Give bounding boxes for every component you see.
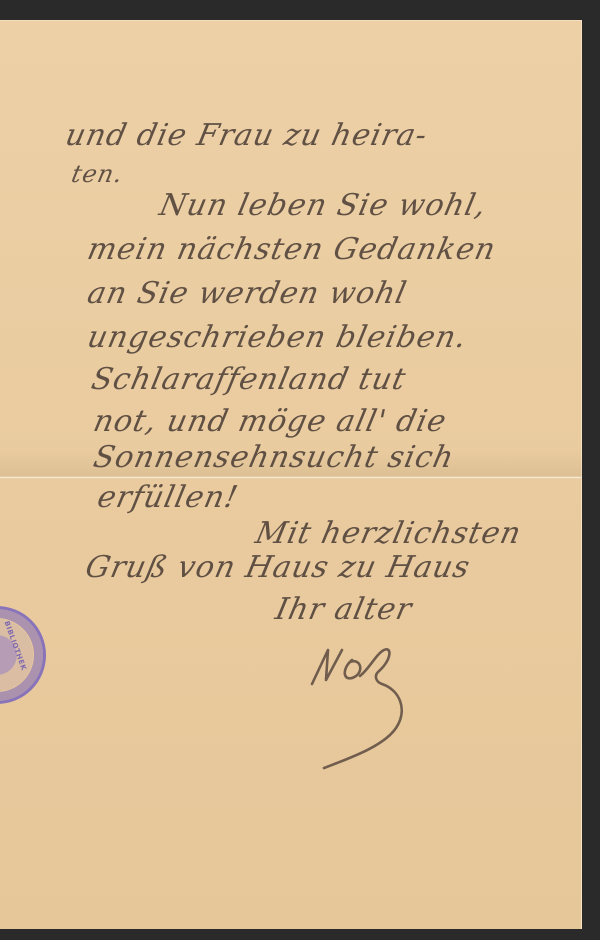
text-line: ungeschrieben bleiben. <box>84 320 470 355</box>
fold-crease <box>0 476 582 479</box>
text-line: Ihr alter <box>272 592 415 627</box>
text-line: erfüllen! <box>94 480 241 515</box>
text-line: Gruß von Haus zu Haus <box>82 550 473 585</box>
text-line: not, und möge all' die <box>90 404 450 439</box>
letter-page: und die Frau zu heira- ten. Nun leben Si… <box>0 20 582 929</box>
text-line: Mit herzlichsten <box>252 516 524 551</box>
signature-mark <box>300 640 450 790</box>
text-line: Sonnensehnsucht sich <box>90 440 457 475</box>
text-line: an Sie werden wohl <box>84 276 410 311</box>
text-line: mein nächsten Gedanken <box>84 232 499 267</box>
text-line: und die Frau zu heira- <box>62 118 431 153</box>
text-line: Nun leben Sie wohl, <box>156 188 490 223</box>
text-line: ten. <box>69 160 126 188</box>
text-line: Schlaraffenland tut <box>88 362 409 397</box>
